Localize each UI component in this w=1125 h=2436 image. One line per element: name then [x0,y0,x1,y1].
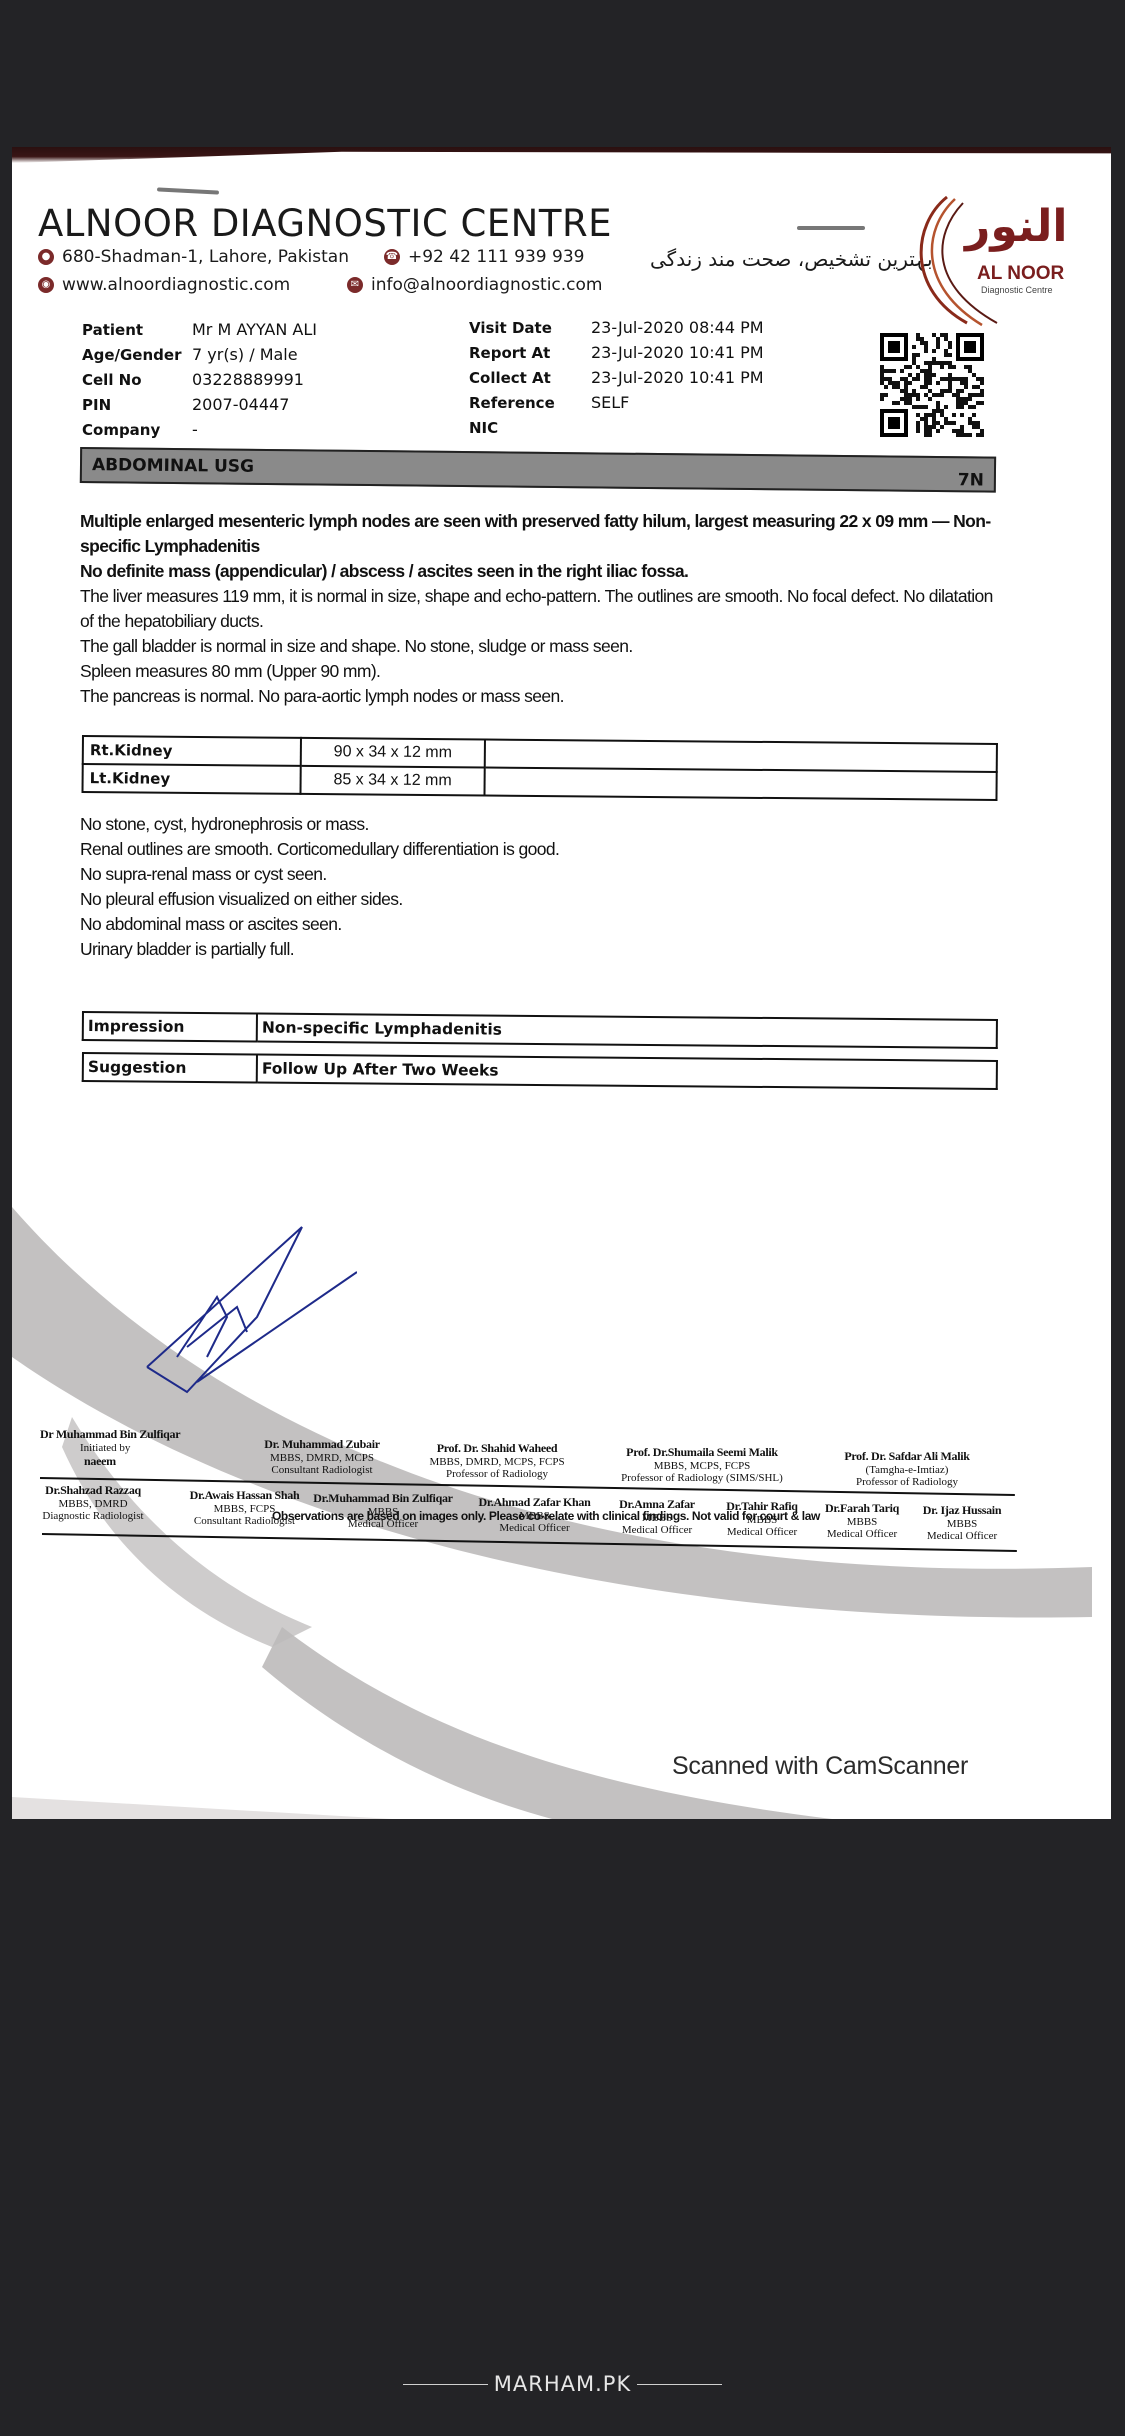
logo-arabic-text: النور [965,201,1067,252]
signatory-name: Dr Muhammad Bin Zulfiqar [40,1427,190,1442]
finding: The liver measures 119 mm, it is normal … [80,584,1010,634]
location-pin-icon: ● [38,249,54,265]
doctor-role: Medical Officer [812,1528,912,1540]
finding: Renal outlines are smooth. Corticomedull… [80,837,1010,862]
doctor-qualification: MBBS, DMRD, MCPS, FCPS [412,1456,582,1468]
finding: No definite mass (appendicular) / absces… [80,559,1010,584]
suggestion-label: Suggestion [83,1053,257,1083]
kidney-table: Rt.Kidney 90 x 34 x 12 mm Lt.Kidney 85 x… [81,735,997,801]
doctor-name: Dr.Awais Hassan Shah [182,1488,307,1503]
kidney-label: Rt.Kidney [83,736,301,766]
doctor-role: Medical Officer [472,1522,597,1534]
doctor-name: Dr.Muhammad Bin Zulfiqar [308,1491,458,1506]
doctor-qualification: (Tamgha-e-Imtiaz) [822,1464,992,1476]
doctor-card: Dr. Ijaz Hussain MBBS Medical Officer [912,1503,1012,1542]
divider [403,2384,488,2385]
doctor-role: Medical Officer [712,1526,812,1538]
finding: Urinary bladder is partially full. [80,937,1010,962]
marham-brand[interactable]: MARHAM.PK [494,2372,631,2396]
pin: 2007-04447 [192,395,289,414]
finding: No supra-renal mass or cyst seen. [80,862,1010,887]
patient-name: Mr M AYYAN ALI [192,320,317,339]
patient-info-right: Visit Date23-Jul-2020 08:44 PM Report At… [469,315,764,440]
doctor-name: Prof. Dr. Shahid Waheed [412,1441,582,1456]
field-label: Reference [469,394,591,412]
collect-at: 23-Jul-2020 10:41 PM [591,368,764,387]
field-label: Age/Gender [82,346,192,364]
logo-subtitle: Diagnostic Centre [981,285,1053,295]
field-label: Collect At [469,369,591,387]
doctor-name: Prof. Dr.Shumaila Seemi Malik [602,1445,802,1460]
doctor-card: Dr. Muhammad Zubair MBBS, DMRD, MCPS Con… [247,1437,397,1476]
kidney-label: Lt.Kidney [83,764,301,794]
signature [117,1207,357,1407]
kidney-note [484,768,996,800]
findings-top: Multiple enlarged mesenteric lymph nodes… [80,509,1010,709]
initiated-label: Initiated by [40,1442,190,1454]
urdu-tagline: بہترین تشخیص، صحت مند زندگی [650,247,933,271]
email-line: ✉ info@alnoordiagnostic.com [347,275,603,295]
table-row: Suggestion Follow Up After Two Weeks [83,1053,997,1089]
doctor-name: Dr.Farah Tariq [812,1501,912,1516]
patient-info-left: PatientMr M AYYAN ALI Age/Gender7 yr(s) … [82,317,317,442]
phone-icon: ☎ [384,249,400,265]
scanned-report-page: ALNOOR DIAGNOSTIC CENTRE ● 680-Shadman-1… [12,147,1111,1819]
initiated-by: naeem [40,1454,190,1469]
doctor-role: Medical Officer [607,1524,707,1536]
camscanner-watermark: Scanned with CamScanner [672,1752,968,1781]
doctor-qualification: MBBS, DMRD [38,1498,148,1510]
finding: No pleural effusion visualized on either… [80,887,1010,912]
doctor-card: Dr.Farah Tariq MBBS Medical Officer [812,1501,912,1540]
field-label: Cell No [82,371,192,389]
qr-code-icon [880,333,984,437]
section-header: ABDOMINAL USG 7N [80,447,996,493]
kidney-size: 90 x 34 x 12 mm [301,738,485,768]
website-line: ◉ www.alnoordiagnostic.com [38,275,290,295]
doctor-name: Dr.Ahmad Zafar Khan [472,1495,597,1510]
field-label: PIN [82,396,192,414]
finding: The gall bladder is normal in size and s… [80,634,1010,659]
doctor-role: Professor of Radiology [412,1468,582,1480]
doctor-role: Professor of Radiology (SIMS/SHL) [602,1472,802,1484]
signatory-block: Dr Muhammad Bin Zulfiqar Initiated by na… [40,1427,190,1469]
doctor-role: Medical Officer [912,1530,1012,1542]
scan-edge-shadow [12,147,1111,163]
doctor-role: Professor of Radiology [822,1476,992,1488]
doctor-card: Dr.Shahzad Razzaq MBBS, DMRD Diagnostic … [38,1483,148,1522]
kidney-size: 85 x 34 x 12 mm [300,766,484,796]
globe-icon: ◉ [38,277,54,293]
divider [637,2384,722,2385]
scan-mark [157,187,219,194]
suggestion-table: Suggestion Follow Up After Two Weeks [82,1052,998,1090]
age-gender: 7 yr(s) / Male [192,345,298,364]
section-code: 7N [958,470,984,490]
findings-bottom: No stone, cyst, hydronephrosis or mass. … [80,812,1010,962]
disclaimer: Observations are based on images only. P… [272,1509,820,1523]
doctor-card: Prof. Dr.Shumaila Seemi Malik MBBS, MCPS… [602,1445,802,1484]
phone-line: ☎ +92 42 111 939 939 [384,247,584,267]
address-line: ● 680-Shadman-1, Lahore, Pakistan [38,247,349,267]
phone: +92 42 111 939 939 [408,247,584,267]
field-label: Report At [469,344,591,362]
finding: No stone, cyst, hydronephrosis or mass. [80,812,1010,837]
alnoor-logo: النور AL NOOR Diagnostic Centre [907,195,1067,325]
doctor-qualification: MBBS [912,1518,1012,1530]
finding: Spleen measures 80 mm (Upper 90 mm). [80,659,1010,684]
doctor-role: Diagnostic Radiologist [38,1510,148,1522]
impression-label: Impression [83,1012,257,1042]
field-label: Company [82,421,192,439]
finding: Multiple enlarged mesenteric lymph nodes… [80,509,1010,559]
field-label: Visit Date [469,319,591,337]
email: info@alnoordiagnostic.com [371,275,603,295]
doctor-qualification: MBBS, DMRD, MCPS [247,1452,397,1464]
doctor-name: Dr. Muhammad Zubair [247,1437,397,1452]
doctor-card: Prof. Dr. Shahid Waheed MBBS, DMRD, MCPS… [412,1441,582,1480]
qr-code[interactable] [880,333,984,437]
mail-icon: ✉ [347,277,363,293]
report-at: 23-Jul-2020 10:41 PM [591,343,764,362]
table-row: Impression Non-specific Lymphadenitis [83,1012,997,1048]
scan-mark [797,226,865,230]
centre-name: ALNOOR DIAGNOSTIC CENTRE [38,202,612,245]
impression-value: Non-specific Lymphadenitis [257,1014,997,1048]
visit-date: 23-Jul-2020 08:44 PM [591,318,764,337]
field-label: Patient [82,321,192,339]
finding: No abdominal mass or ascites seen. [80,912,1010,937]
doctor-qualification: MBBS [812,1516,912,1528]
doctor-name: Prof. Dr. Safdar Ali Malik [822,1449,992,1464]
doctor-name: Dr. Ijaz Hussain [912,1503,1012,1518]
field-label: NIC [469,419,591,437]
finding: The pancreas is normal. No para-aortic l… [80,684,1010,709]
company: - [192,420,198,439]
logo-name: AL NOOR [977,263,1064,285]
address: 680-Shadman-1, Lahore, Pakistan [62,247,349,267]
suggestion-value: Follow Up After Two Weeks [257,1055,997,1089]
kidney-note [485,740,997,772]
doctor-role: Consultant Radiologist [247,1464,397,1476]
doctor-qualification: MBBS, MCPS, FCPS [602,1460,802,1472]
section-title: ABDOMINAL USG [92,455,254,477]
doctor-card: Prof. Dr. Safdar Ali Malik (Tamgha-e-Imt… [822,1449,992,1488]
reference: SELF [591,393,629,412]
cell-no: 03228889991 [192,370,304,389]
doctor-name: Dr.Shahzad Razzaq [38,1483,148,1498]
footer-brand: MARHAM.PK [0,2372,1125,2396]
impression-table: Impression Non-specific Lymphadenitis [82,1011,998,1049]
website: www.alnoordiagnostic.com [62,275,290,295]
